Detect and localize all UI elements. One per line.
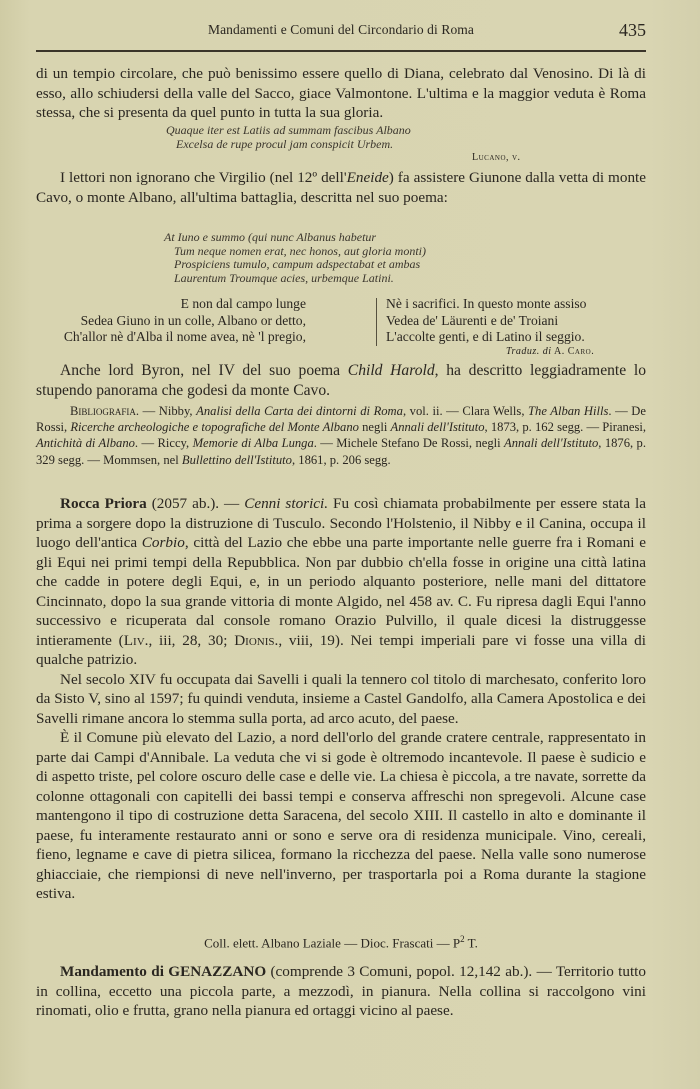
bibliography: Bibliografia. — Nibby, Analisi della Car…: [36, 403, 646, 468]
lucan-attribution: Lucano, v.: [472, 152, 521, 163]
intro-paragraph: di un tempio circolare, che può benissim…: [36, 64, 646, 123]
bibliography-text: , 1873, p. 162 segg. — Piranesi,: [485, 420, 646, 434]
rocca-priora-section: Rocca Priora (2057 ab.). — Cenni storici…: [36, 494, 646, 904]
running-header: Mandamenti e Comuni del Circondario di R…: [36, 20, 646, 42]
lucan-quote: Quaque iter est Latiis ad summam fascibu…: [166, 124, 411, 151]
cited-work-title: Analisi della Carta dei dintorni di Roma: [196, 404, 403, 418]
page-number: 435: [619, 20, 646, 41]
rocca-priora-paragraph-2: Nel secolo XIV fu occupata dai Savelli i…: [36, 670, 646, 729]
header-rule: [36, 50, 646, 52]
bibliography-text: . — Riccy,: [135, 436, 193, 450]
electoral-college-line: Coll. elett. Albano Laziale — Dioc. Fras…: [36, 934, 646, 951]
translation-left-column: E non dal campo lunge Sedea Giuno in un …: [44, 296, 306, 346]
rocca-priora-paragraph-3: È il Comune più elevato del Lazio, a nor…: [36, 728, 646, 904]
bibliography-text: , 1861, p. 206 segg.: [292, 453, 391, 467]
translation-divider: [376, 298, 377, 346]
bibliography-text: . — Michele Stefano De Rossi, negli: [314, 436, 504, 450]
cited-work-title: Annali dell'Istituto: [391, 420, 485, 434]
cited-work-title: The Alban Hills: [528, 404, 608, 418]
work-title: Child Harold: [348, 362, 435, 379]
virgil-quote: At Iuno e summo (qui nunc Albanus habetu…: [164, 231, 426, 285]
cited-work-title: Ricerche archeologiche e topografiche de…: [70, 420, 359, 434]
virgil-paragraph: I lettori non ignorano che Virgilio (nel…: [36, 168, 646, 207]
byron-paragraph: Anche lord Byron, nel IV del suo poema C…: [36, 361, 646, 400]
translation-credit: Traduz. di A. Caro.: [506, 346, 594, 357]
entry-title: GENAZZANO: [168, 963, 266, 980]
bibliography-text: — Nibby,: [139, 404, 196, 418]
translation-right-column: Nè i sacrifici. In questo monte assiso V…: [386, 296, 666, 346]
cited-work-title: Annali dell'Istituto: [504, 436, 598, 450]
cited-work-title: Memorie di Alba Lunga: [193, 436, 314, 450]
cited-work-title: Bullettino dell'Istituto: [182, 453, 292, 467]
running-title: Mandamenti e Comuni del Circondario di R…: [36, 22, 646, 38]
bibliography-text: negli: [359, 420, 391, 434]
entry-title: Rocca Priora: [60, 495, 147, 512]
rocca-priora-paragraph-1: Rocca Priora (2057 ab.). — Cenni storici…: [36, 494, 646, 670]
cited-work-title: Antichità di Albano: [36, 436, 135, 450]
bibliography-label: Bibliografia.: [70, 404, 139, 418]
bibliography-text: , vol. ii. — Clara Wells,: [403, 404, 528, 418]
genazzano-section: Mandamento di GENAZZANO (comprende 3 Com…: [36, 962, 646, 1021]
work-title: Eneide: [347, 169, 389, 186]
